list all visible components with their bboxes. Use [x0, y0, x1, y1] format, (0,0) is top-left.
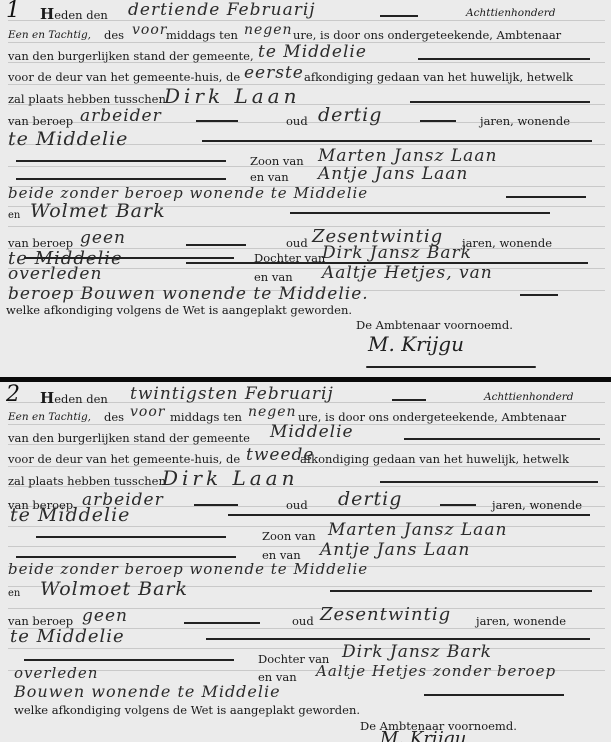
dochter-label: Dochter van: [254, 251, 325, 265]
hour-rest-label: ure, is door ons ondergeteekende, Ambten…: [293, 28, 561, 42]
official-signature: M. Krijgu: [380, 728, 466, 742]
afkondiging-rest-label: afkondiging gedaan van het huwelijk, het…: [300, 452, 569, 466]
groom-parents-note: beide zonder beroep wonende te Middelie: [8, 560, 368, 578]
dash: [36, 536, 226, 538]
closing-text: welke afkondiging volgens de Wet is aang…: [6, 303, 352, 317]
groom-mother-field: Antje Jans Laan: [320, 540, 470, 560]
dash: [392, 399, 426, 401]
middags-ten-label: middags ten: [170, 410, 242, 424]
dash: [186, 244, 246, 246]
groom-age-field: dertig: [338, 488, 402, 510]
year-prefix: Achttienhonderd: [466, 7, 556, 19]
oud-label: oud: [292, 614, 314, 628]
middags-ten-label: middags ten: [166, 28, 238, 42]
gemeente-label: van den burgerlijken stand der gemeente: [8, 431, 250, 445]
groom-name-field: Dirk Laan: [162, 466, 298, 490]
afkondiging-ordinal-field: eerste: [244, 63, 304, 83]
zoon-label: Zoon van: [262, 529, 316, 543]
dash: [330, 590, 592, 592]
record-1: 1 HHeden deneden den dertiende Februarij…: [0, 0, 611, 378]
jaren-label: jaren, wonende: [476, 614, 566, 628]
bride-age-field: Zesentwintig: [320, 604, 451, 625]
bride-residence-field: te Middelie: [10, 626, 125, 647]
dash: [202, 140, 592, 142]
date-field: twintigsten Februarij: [130, 384, 334, 404]
en-van-label: en van: [250, 170, 289, 184]
record-number: 2: [6, 382, 20, 407]
dash: [380, 15, 418, 17]
bride-mother-field: Aaltje Hetjes, van: [322, 263, 493, 283]
signature-flourish: [366, 366, 536, 368]
bride-occupation-field: geen: [82, 606, 128, 626]
dash: [24, 659, 234, 661]
daypart-field: voor: [130, 404, 165, 420]
dash: [290, 212, 550, 214]
year-suffix: Een en Tachtig,: [8, 411, 91, 423]
bride-father-field: Dirk Jansz Bark: [322, 243, 472, 263]
hour-field: negen: [244, 22, 293, 38]
dash: [424, 694, 564, 696]
groom-residence-field: te Middelie: [8, 128, 128, 150]
daypart-field: voor: [132, 22, 167, 38]
dash: [196, 120, 238, 122]
year-prefix: Achttienhonderd: [484, 391, 574, 403]
gemeente-label: van den burgerlijken stand der gemeente,: [8, 49, 254, 63]
zoon-label: Zoon van: [250, 154, 304, 168]
groom-age-field: dertig: [318, 104, 382, 126]
dash: [404, 438, 600, 440]
bride-occupation-field: geen: [80, 228, 126, 248]
jaren-label: jaren, wonende: [492, 498, 582, 512]
ruled-line: [8, 466, 605, 467]
tusschen-label: zal plaats hebben tusschen: [8, 92, 166, 106]
des-label: des: [104, 410, 124, 424]
dash: [228, 514, 590, 516]
en-label: en: [8, 210, 20, 221]
groom-father-field: Marten Jansz Laan: [328, 520, 507, 540]
bride-name-field: Wolmoet Bark: [40, 578, 188, 600]
groom-occupation-field: arbeider: [80, 106, 162, 126]
dash: [24, 257, 234, 259]
ruled-line: [8, 546, 605, 547]
year-suffix: Een en Tachtig,: [8, 29, 91, 41]
dash: [506, 196, 586, 198]
en-van-label: en van: [254, 270, 293, 284]
bride-father-field: Dirk Jansz Bark: [342, 642, 492, 662]
official-signature: M. Krijgu: [368, 332, 464, 356]
jaren-label: jaren, wonende: [480, 114, 570, 128]
deur-label: voor de deur van het gemeente-huis, de: [8, 452, 240, 466]
gemeente-field: te Middelie: [258, 42, 367, 62]
jaren-label: jaren, wonende: [462, 236, 552, 250]
ruled-line: [8, 226, 605, 227]
dash: [380, 481, 598, 483]
bride-mother-note: beroep Bouwen wonende te Middelie.: [8, 284, 369, 304]
bride-father-note: overleden: [14, 664, 98, 682]
groom-mother-field: Antje Jans Laan: [318, 164, 468, 184]
hour-field: negen: [248, 404, 297, 420]
heden-den-label: Heden den: [40, 389, 108, 407]
oud-label: oud: [286, 498, 308, 512]
oud-label: oud: [286, 114, 308, 128]
official-label: De Ambtenaar voornoemd.: [356, 318, 513, 332]
en-label: en: [8, 588, 20, 599]
ruled-line: [8, 648, 605, 649]
tusschen-label: zal plaats hebben tusschen: [8, 474, 166, 488]
dash: [206, 638, 590, 640]
bride-mother-field: Aaltje Hetjes zonder beroep: [316, 662, 556, 680]
bride-name-field: Wolmet Bark: [30, 200, 166, 222]
groom-residence-field: te Middelie: [10, 504, 130, 526]
dash: [440, 504, 476, 506]
closing-text: welke afkondiging volgens de Wet is aang…: [14, 703, 360, 717]
ruled-line: [8, 166, 605, 167]
dash: [16, 160, 226, 162]
record-2: 2 Heden den twintigsten Februarij Achtti…: [0, 382, 611, 742]
dash: [420, 120, 456, 122]
des-label: des: [104, 28, 124, 42]
dash: [418, 58, 590, 60]
gemeente-field: Middelie: [270, 422, 354, 442]
groom-name-field: Dirk Laan: [164, 84, 300, 108]
bride-mother-note: Bouwen wonende te Middelie: [14, 682, 281, 701]
bride-father-note: overleden: [8, 264, 102, 284]
beroep-label: van beroep: [8, 114, 73, 128]
ruled-line: [8, 84, 605, 85]
dash: [184, 622, 260, 624]
record-number: 1: [6, 0, 20, 23]
dash: [194, 504, 238, 506]
dash: [16, 556, 236, 558]
deur-label: voor de deur van het gemeente-huis, de: [8, 70, 240, 84]
oud-label: oud: [286, 236, 308, 250]
date-field: dertiende Februarij: [128, 0, 316, 20]
heden-den-label: HHeden deneden den: [40, 5, 108, 23]
dash: [410, 101, 590, 103]
dash: [16, 178, 226, 180]
dash: [520, 294, 558, 296]
ruled-line: [8, 526, 605, 527]
groom-father-field: Marten Jansz Laan: [318, 146, 497, 166]
afkondiging-rest-label: afkondiging gedaan van het huwelijk, het…: [304, 70, 573, 84]
